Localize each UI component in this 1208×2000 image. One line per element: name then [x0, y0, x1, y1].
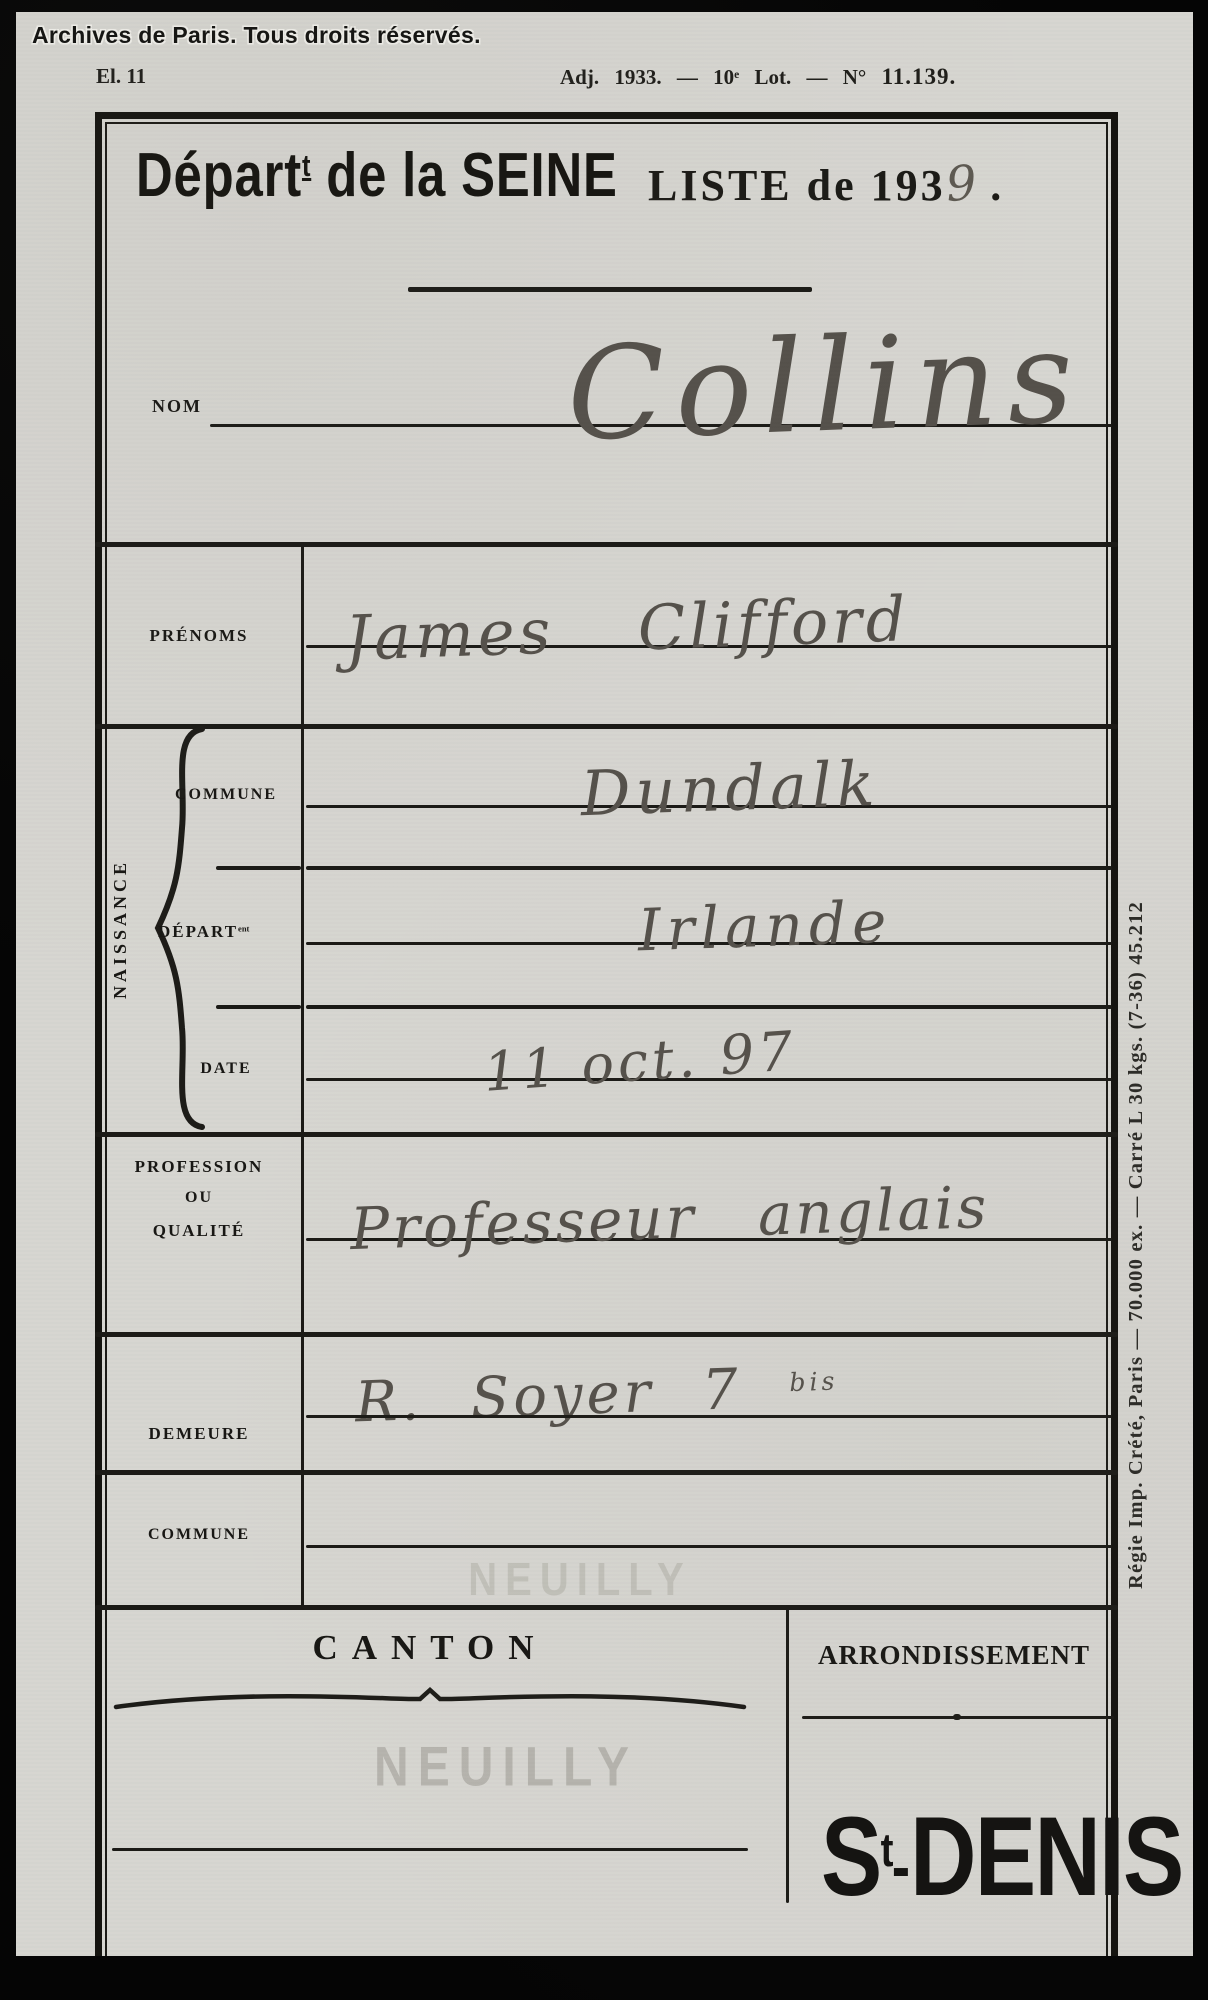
nom-label: NOM: [152, 396, 202, 417]
commune-residence-writing-line: [306, 1545, 1112, 1548]
section-divider: [95, 542, 1118, 547]
canton-stamp: NEUILLY: [350, 1736, 662, 1799]
dash: —: [677, 65, 698, 89]
canton-label: CANTON: [112, 1628, 748, 1668]
header-center-rule: [408, 287, 812, 292]
arrondissement-underline-tick: [953, 1714, 961, 1720]
archive-watermark: Archives de Paris. Tous droits réservés.: [32, 22, 481, 49]
commune-naissance-label: COMMUNE: [150, 786, 302, 804]
handwritten-year-digit: 9: [944, 155, 978, 213]
adj-part: Adj. 1933.: [560, 65, 662, 89]
scanned-document-page: Archives de Paris. Tous droits réservés.…: [0, 0, 1208, 2000]
frame-top: [0, 0, 1208, 12]
naissance-row-separator-left: [216, 866, 301, 870]
frame-left: [0, 0, 16, 2000]
section-divider: [95, 1605, 1118, 1610]
canton-bottom-line: [112, 1848, 748, 1851]
form-code: El. 11: [96, 64, 146, 89]
naissance-group-label: NAISSANCE: [110, 800, 136, 1058]
commune-value-handwriting: Dundalk: [519, 745, 941, 833]
printer-imprint: Régie Imp. Crété, Paris — 70.000 ex. — C…: [1125, 695, 1153, 1795]
frame-bottom: [0, 1956, 1208, 2000]
department-title: Départt de la SEINE: [136, 140, 618, 211]
profession-label-line1: PROFESSION: [97, 1157, 301, 1177]
profession-label-line3: QUALITÉ: [97, 1221, 301, 1241]
adjudication-code: Adj. 1933. — 10e Lot. — N° 11.139.: [560, 64, 956, 90]
naissance-row-separator: [306, 866, 1112, 870]
numero-value: 11.139.: [882, 64, 957, 89]
naissance-row-separator-left: [216, 1005, 301, 1009]
naissance-row-separator: [306, 1005, 1112, 1009]
canton-arrondissement-divider: [786, 1605, 789, 1903]
demeure-writing-line: [306, 1415, 1112, 1418]
profession-label-line2: OU: [97, 1189, 301, 1207]
liste-year-title: LISTE de 1939 .: [648, 156, 1004, 212]
departement-value-handwriting: Irlande: [599, 886, 931, 965]
dash: —: [806, 65, 827, 89]
section-divider: [95, 1332, 1118, 1337]
section-divider: [95, 724, 1118, 729]
section-divider: [95, 1470, 1118, 1475]
arrondissement-label: ARRONDISSEMENT: [794, 1640, 1114, 1671]
commune-residence-stamp: NEUILLY: [440, 1555, 720, 1607]
date-naissance-label: DATE: [150, 1060, 302, 1078]
frame-right: [1193, 0, 1208, 2000]
lot-part: 10e Lot.: [713, 65, 791, 89]
section-divider: [95, 1132, 1118, 1137]
commune-residence-label: COMMUNE: [97, 1526, 301, 1544]
departement-naissance-label: DÉPARTent: [158, 922, 249, 942]
prenoms-label: PRÉNOMS: [97, 626, 301, 646]
canton-brace: [112, 1684, 748, 1712]
numero-label: N°: [843, 65, 867, 89]
demeure-label: DEMEURE: [97, 1424, 301, 1444]
nom-value-handwriting: Collins: [543, 302, 1108, 470]
arrondissement-value: St-DENIS: [821, 1792, 1085, 1921]
